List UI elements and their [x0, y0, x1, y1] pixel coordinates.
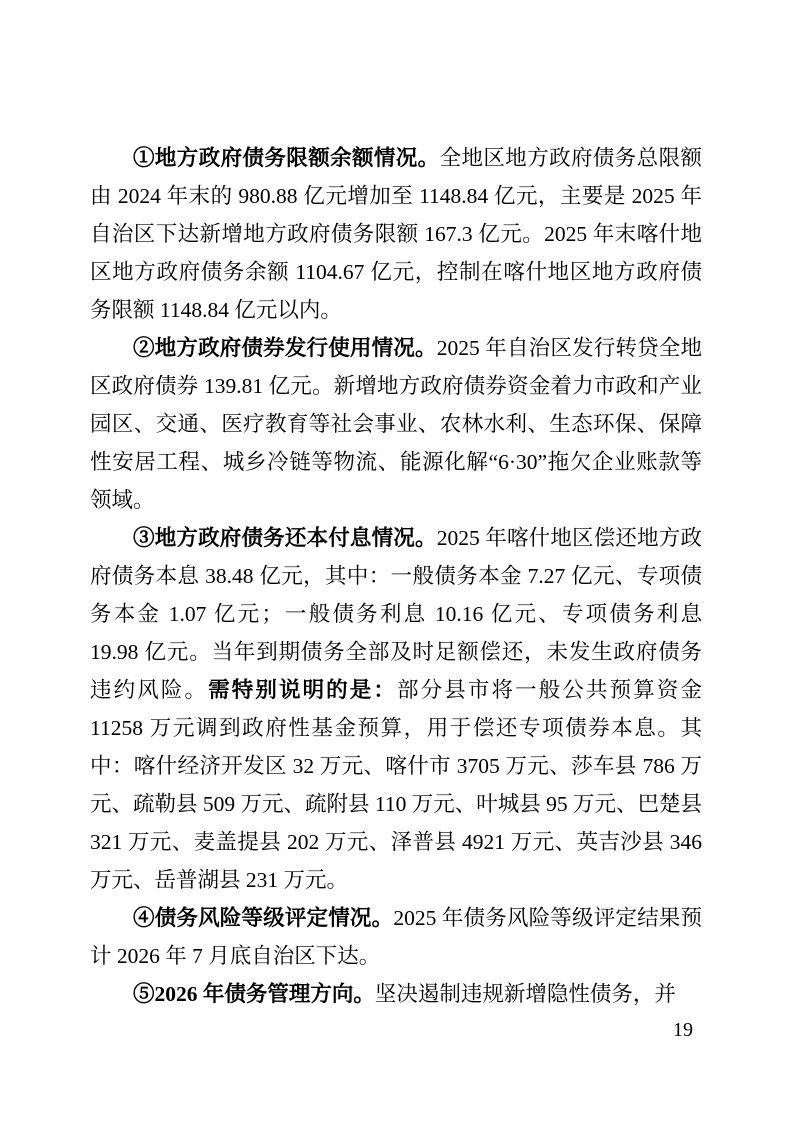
- paragraph-heading: ④债务风险等级评定情况。: [133, 906, 393, 930]
- paragraph: ①地方政府债务限额余额情况。全地区地方政府债务总限额由 2024 年末的 980…: [90, 139, 702, 329]
- paragraph-heading: ③地方政府债务还本付息情况。: [133, 526, 437, 550]
- paragraph: ③地方政府债务还本付息情况。2025 年喀什地区偿还地方政府债务本息 38.48…: [90, 519, 702, 899]
- paragraph-heading: ①地方政府债务限额余额情况。: [133, 146, 440, 170]
- paragraph: ⑤2026 年债务管理方向。坚决遏制违规新增隐性债务，并: [90, 975, 702, 1013]
- paragraph-text: 全地区地方政府债务总限额由 2024 年末的 980.88 亿元增加至 1148…: [90, 146, 702, 322]
- paragraph: ④债务风险等级评定情况。2025 年债务风险等级评定结果预计 2026 年 7 …: [90, 899, 702, 975]
- paragraph-heading: ⑤2026 年债务管理方向。: [133, 982, 375, 1006]
- paragraph-text: 坚决遏制违规新增隐性债务，并: [375, 982, 676, 1006]
- paragraph-heading: ②地方政府债券发行使用情况。: [133, 336, 437, 360]
- paragraph-text: 2025 年自治区发行转贷全地区政府债券 139.81 亿元。新增地方政府债券资…: [90, 336, 702, 512]
- document-page: ①地方政府债务限额余额情况。全地区地方政府债务总限额由 2024 年末的 980…: [0, 0, 793, 1122]
- paragraph: ②地方政府债券发行使用情况。2025 年自治区发行转贷全地区政府债券 139.8…: [90, 329, 702, 519]
- paragraph-heading: 需特别说明的是：: [208, 678, 397, 702]
- body-text: ①地方政府债务限额余额情况。全地区地方政府债务总限额由 2024 年末的 980…: [90, 139, 702, 1013]
- page-number: 19: [673, 1018, 693, 1042]
- paragraph-text: 部分县市将一般公共预算资金 11258 万元调到政府性基金预算，用于偿还专项债券…: [90, 678, 702, 892]
- paragraph-text: 2025 年喀什地区偿还地方政府债务本息 38.48 亿元，其中：一般债务本金 …: [90, 526, 702, 702]
